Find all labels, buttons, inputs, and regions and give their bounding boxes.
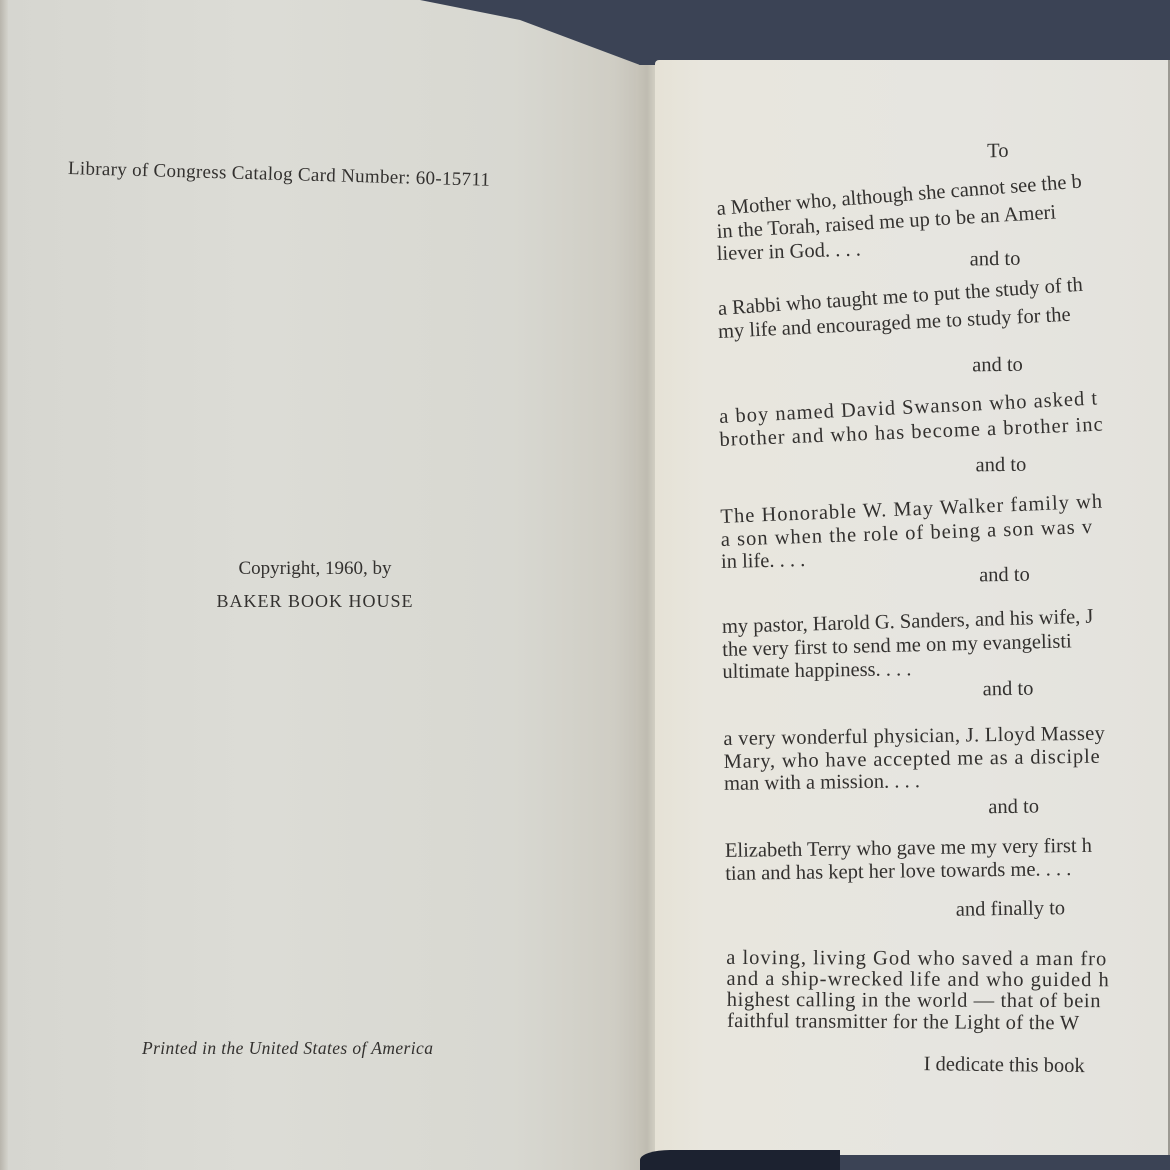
printed-in-line: Printed in the United States of America — [142, 1038, 433, 1059]
connector-and-to: and to — [975, 454, 1026, 477]
dedication-heading: To — [987, 140, 1009, 163]
book-cover-edge — [640, 1150, 840, 1170]
copyright-notice: Copyright, 1960, by BAKER BOOK HOUSE — [180, 552, 450, 618]
dedication-paragraph: a Rabbi who taught me to put the study o… — [717, 293, 1083, 343]
dedication-paragraph: The Honorable W. May Walker family wh a … — [720, 501, 1104, 574]
dedication-paragraph: a very wonderful physician, J. Lloyd Mas… — [723, 723, 1106, 796]
dedication-paragraph: a boy named David Swanson who asked t br… — [719, 401, 1104, 451]
publisher-name: BAKER BOOK HOUSE — [180, 585, 450, 618]
dedication-paragraph: my pastor, Harold G. Sanders, and his wi… — [722, 611, 1094, 684]
connector-and-to: and to — [972, 354, 1023, 377]
open-book-photo: Library of Congress Catalog Card Number:… — [0, 0, 1170, 1170]
dedication-closing: I dedicate this book — [923, 1053, 1084, 1077]
connector-and-to: and to — [979, 564, 1030, 587]
copyright-line: Copyright, 1960, by — [180, 552, 450, 585]
connector-and-finally-to: and finally to — [956, 897, 1066, 921]
connector-and-to: and to — [983, 678, 1034, 701]
connector-and-to: and to — [970, 248, 1021, 271]
connector-and-to: and to — [988, 796, 1039, 819]
dedication-paragraph: a loving, living God who saved a man fro… — [726, 943, 1110, 1032]
dedication-paragraph: Elizabeth Terry who gave me my very firs… — [725, 835, 1093, 885]
dedication-paragraph: a Mother who, although she cannot see th… — [716, 193, 1083, 266]
